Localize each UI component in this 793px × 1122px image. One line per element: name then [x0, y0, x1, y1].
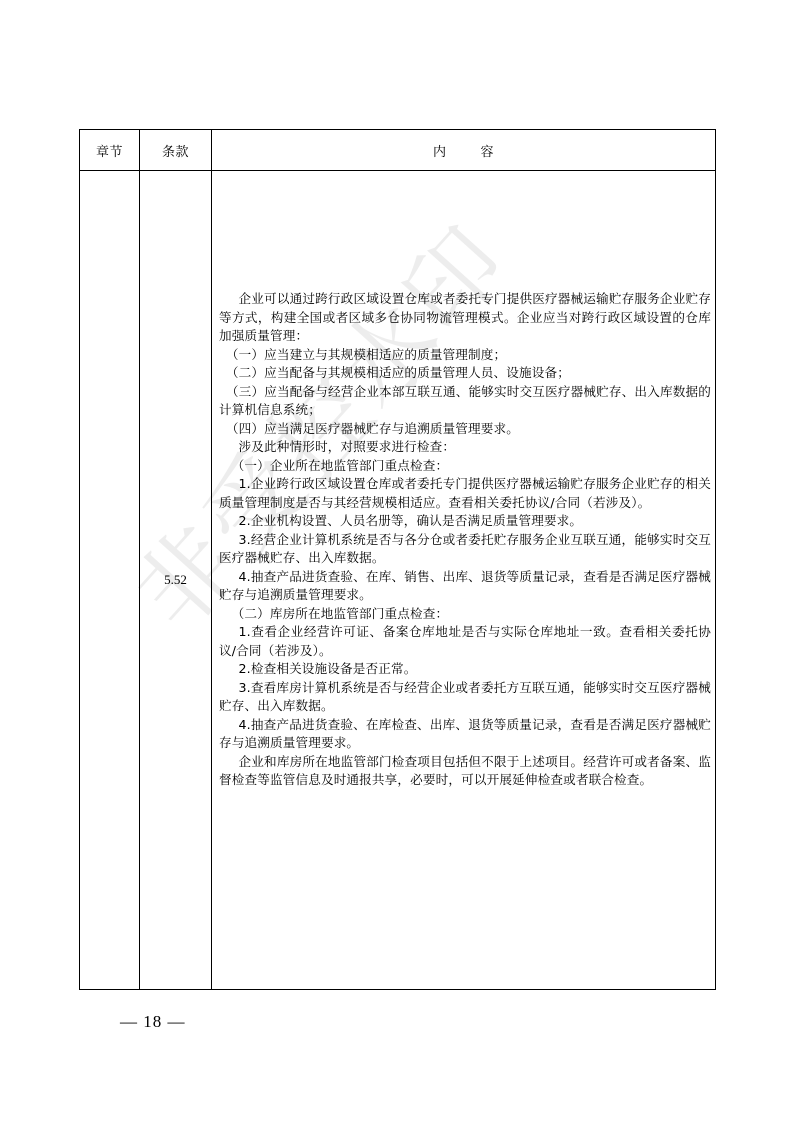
page-number: — 18 — [120, 1012, 186, 1032]
table-header-row: 章节 条款 内容 [80, 130, 716, 171]
clause-content: 企业可以通过跨行政区域设置仓库或者委托专门提供医疗器械运输贮存服务企业贮存等方式… [219, 290, 711, 790]
content-paragraph: （三）应当配备与经营企业本部互联互通、能够实时交互医疗器械贮存、出入库数据的计算… [219, 383, 711, 420]
header-content-left: 内 [433, 145, 447, 160]
content-paragraph: （二）应当配备与其规模相适应的质量管理人员、设施设备； [219, 364, 711, 383]
content-paragraph: 1.查看企业经营许可证、备案仓库地址是否与实际仓库地址一致。查看相关委托协议/合… [219, 623, 711, 660]
content-paragraph: （二）库房所在地监管部门重点检查： [219, 605, 711, 624]
content-paragraph: （一）应当建立与其规模相适应的质量管理制度； [219, 346, 711, 365]
document-page: 非受控水印 章节 条款 内容 5.52 企业可以通过跨行政区域设置仓库或者委托专… [0, 0, 793, 1122]
content-paragraph: 4.抽查产品进货查验、在库检查、出库、退货等质量记录，查看是否满足医疗器械贮存与… [219, 716, 711, 753]
inspection-table: 章节 条款 内容 5.52 企业可以通过跨行政区域设置仓库或者委托专门提供医疗器… [79, 129, 716, 990]
chapter-cell [80, 171, 140, 990]
header-content-right: 容 [481, 145, 495, 160]
content-paragraph: 3.经营企业计算机系统是否与各分仓或者委托贮存服务企业互联互通，能够实时交互医疗… [219, 531, 711, 568]
table-row: 5.52 企业可以通过跨行政区域设置仓库或者委托专门提供医疗器械运输贮存服务企业… [80, 171, 716, 990]
content-paragraph: 4.抽查产品进货查验、在库、销售、出库、退货等质量记录，查看是否满足医疗器械贮存… [219, 568, 711, 605]
content-paragraph: 涉及此种情形时，对照要求进行检查： [219, 438, 711, 457]
header-content: 内容 [212, 130, 716, 171]
content-paragraph: 2.企业机构设置、人员名册等，确认是否满足质量管理要求。 [219, 512, 711, 531]
content-paragraph: 3.查看库房计算机系统是否与经营企业或者委托方互联互通，能够实时交互医疗器械贮存… [219, 679, 711, 716]
content-paragraph: 企业可以通过跨行政区域设置仓库或者委托专门提供医疗器械运输贮存服务企业贮存等方式… [219, 290, 711, 346]
clause-number: 5.52 [140, 171, 212, 990]
content-cell: 企业可以通过跨行政区域设置仓库或者委托专门提供医疗器械运输贮存服务企业贮存等方式… [212, 171, 716, 990]
content-paragraph: （一）企业所在地监管部门重点检查： [219, 457, 711, 476]
header-chapter: 章节 [80, 130, 140, 171]
content-paragraph: 企业和库房所在地监管部门检查项目包括但不限于上述项目。经营许可或者备案、监督检查… [219, 753, 711, 790]
content-paragraph: 2.检查相关设施设备是否正常。 [219, 660, 711, 679]
header-clause: 条款 [140, 130, 212, 171]
content-paragraph: 1.企业跨行政区域设置仓库或者委托专门提供医疗器械运输贮存服务企业贮存的相关质量… [219, 475, 711, 512]
content-paragraph: （四）应当满足医疗器械贮存与追溯质量管理要求。 [219, 420, 711, 439]
